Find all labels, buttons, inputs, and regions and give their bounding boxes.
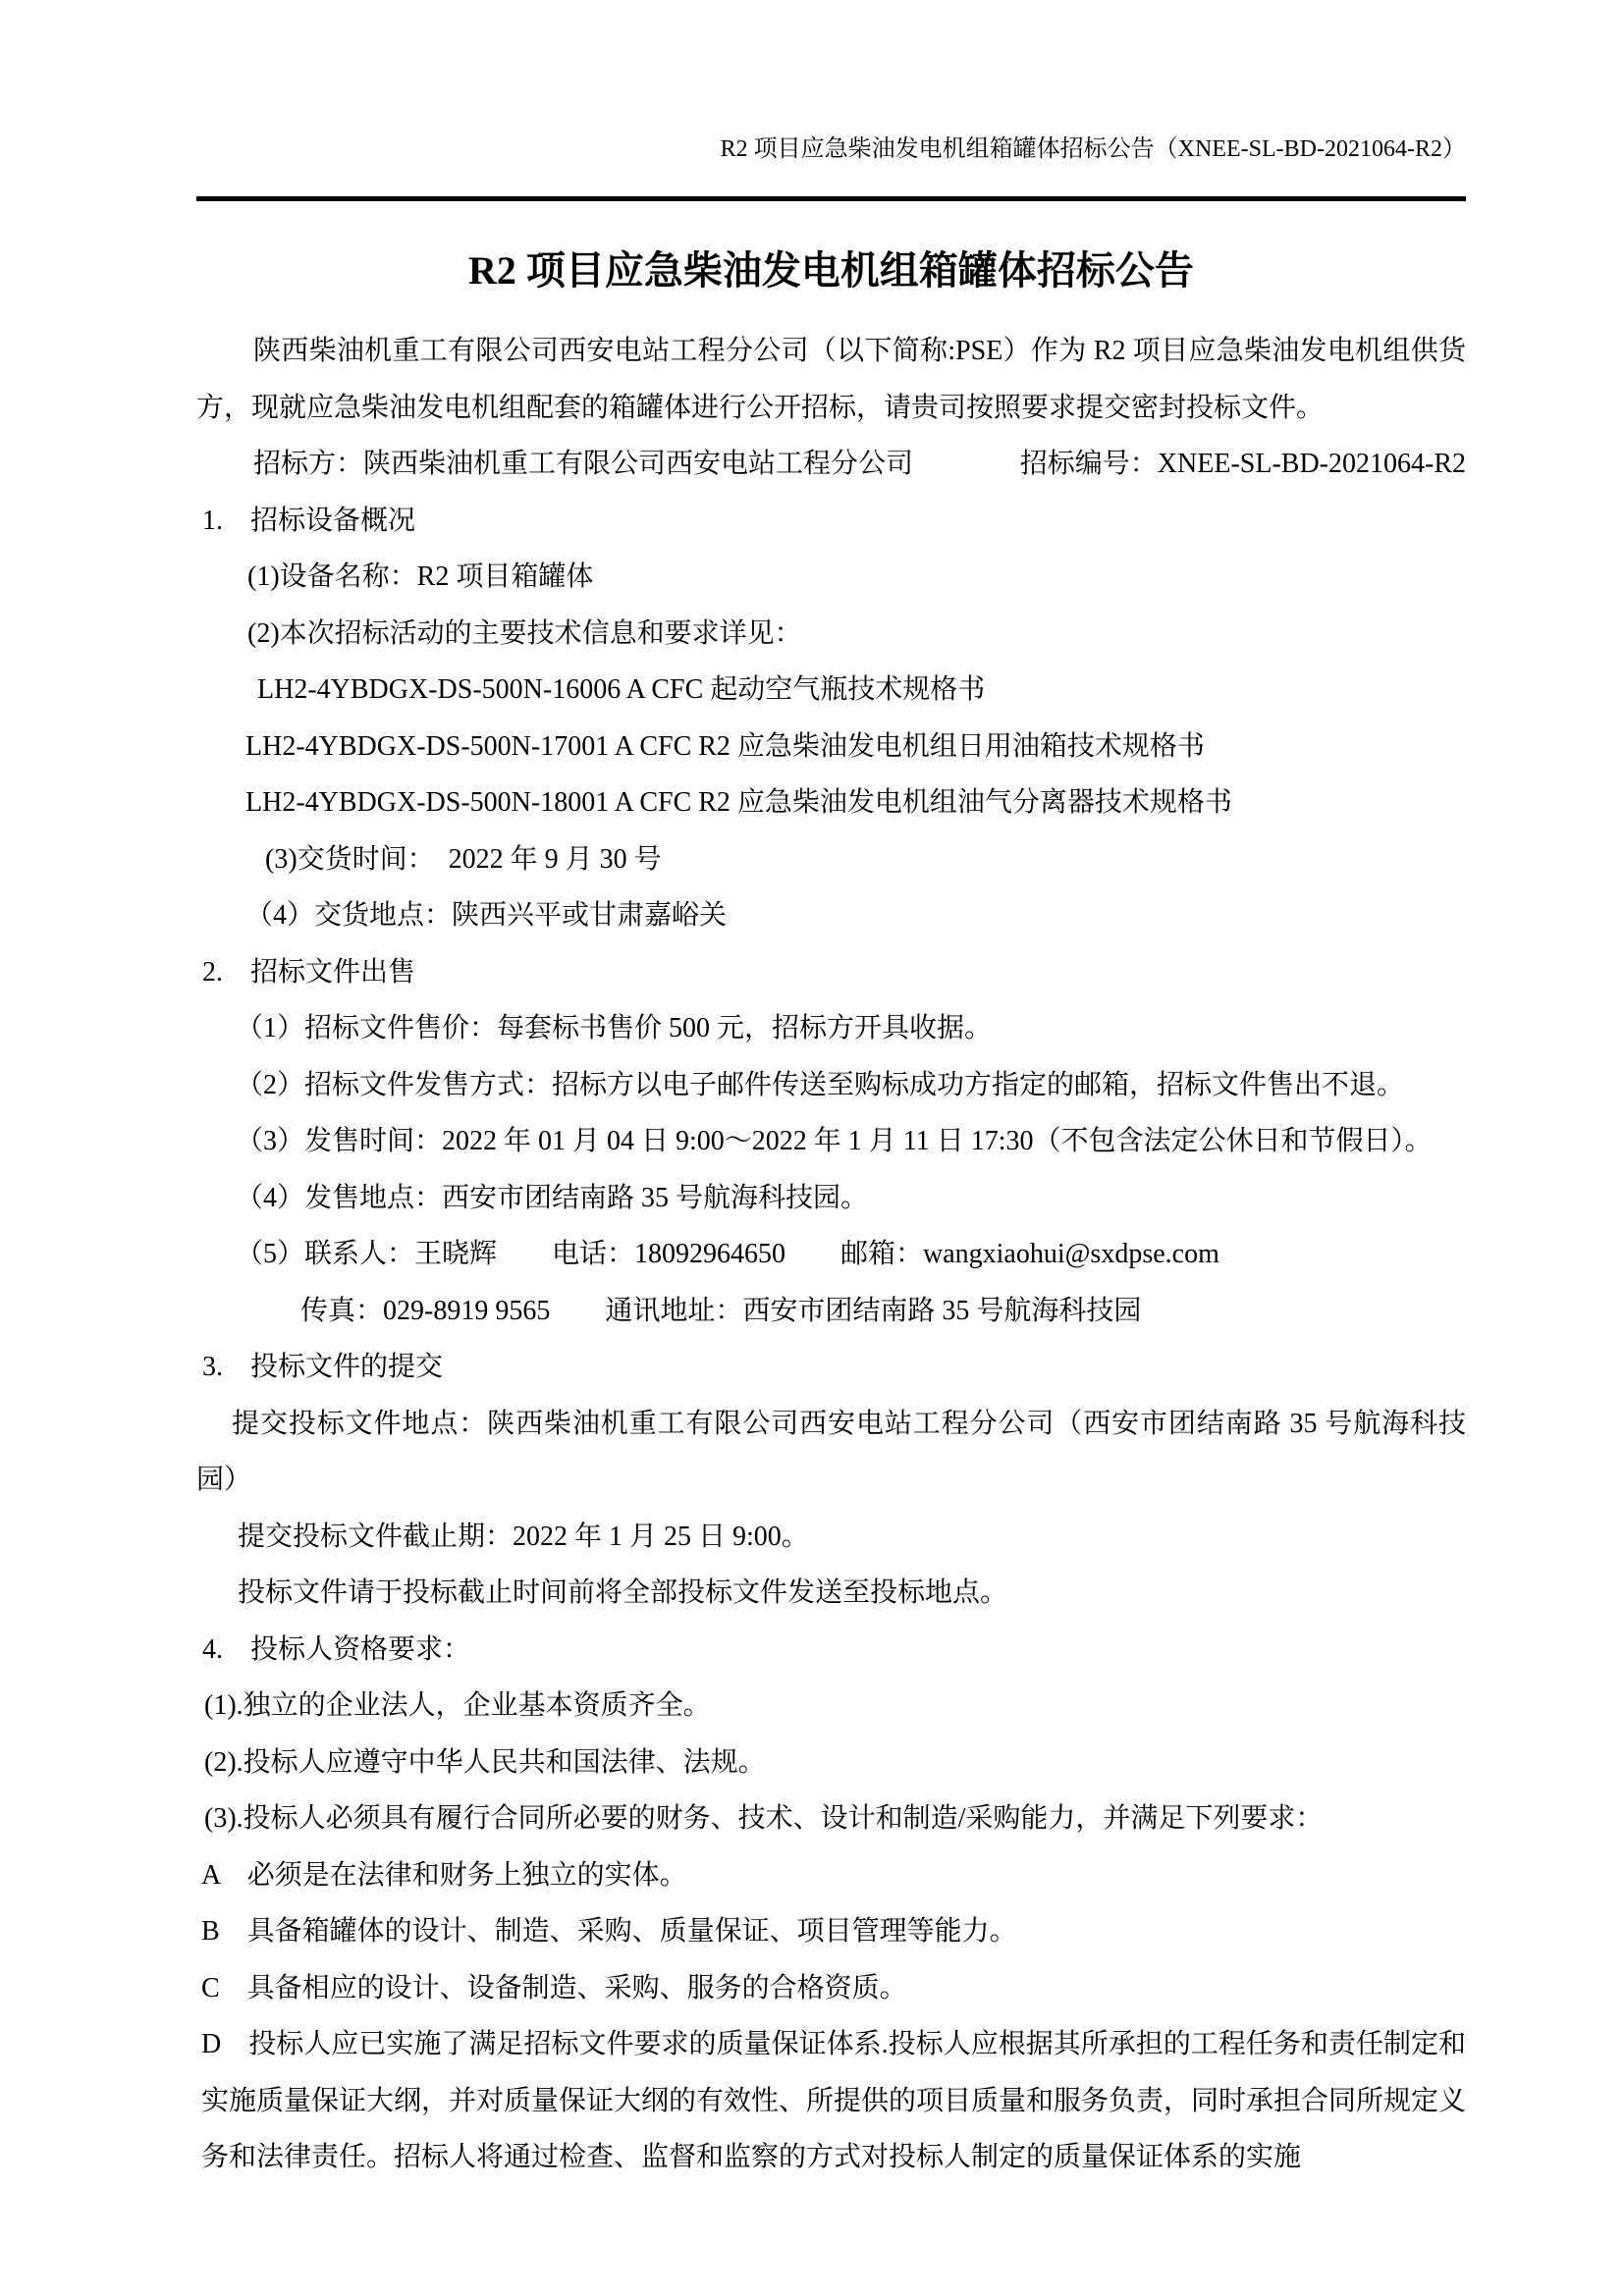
section-4-item-3: (3).投标人必须具有履行合同所必要的财务、技术、设计和制造/采购能力，并满足下…	[196, 1790, 1466, 1847]
section-1-item-2: (2)本次招标活动的主要技术信息和要求详见：	[196, 606, 1466, 663]
section-4-item-C: C 具备相应的设计、设备制造、采购、服务的合格资质。	[196, 1960, 1466, 2017]
section-4-item-A: A 必须是在法律和财务上独立的实体。	[196, 1847, 1466, 1904]
header-title-text: R2 项目应急柴油发电机组箱罐体招标公告（XNEE-SL-BD-2021064-…	[721, 136, 1466, 162]
document-page: R2 项目应急柴油发电机组箱罐体招标公告（XNEE-SL-BD-2021064-…	[0, 0, 1624, 2296]
section-2-item-4: （4）发售地点：西安市团结南路 35 号航海科技园。	[196, 1170, 1466, 1227]
section-4-item-1: (1).独立的企业法人，企业基本资质齐全。	[196, 1678, 1466, 1735]
page-header: R2 项目应急柴油发电机组箱罐体招标公告（XNEE-SL-BD-2021064-…	[196, 0, 1466, 201]
section-3-deadline: 提交投标文件截止期：2022 年 1 月 25 日 9:00。	[196, 1509, 1466, 1566]
tender-number: 招标编号：XNEE-SL-BD-2021064-R2	[1020, 436, 1466, 493]
document-body: 陕西柴油机重工有限公司西安电站工程分公司（以下简称:PSE）作为 R2 项目应急…	[196, 323, 1466, 2186]
section-4-item-2: (2).投标人应遵守中华人民共和国法律、法规。	[196, 1735, 1466, 1791]
section-4-item-D: D 投标人应已实施了满足招标文件要求的质量保证体系.投标人应根据其所承担的工程任…	[196, 2016, 1466, 2186]
document-title: R2 项目应急柴油发电机组箱罐体招标公告	[196, 244, 1466, 297]
section-2-item-2: （2）招标文件发售方式：招标方以电子邮件传送至购标成功方指定的邮箱，招标文件售出…	[196, 1057, 1466, 1114]
section-1-item-4: （4）交货地点：陕西兴平或甘肃嘉峪关	[196, 887, 1466, 944]
spec-line-2: LH2-4YBDGX-DS-500N-17001 A CFC R2 应急柴油发电…	[196, 719, 1466, 775]
section-2-heading: 2. 招标文件出售	[196, 944, 1466, 1001]
page-content: R2 项目应急柴油发电机组箱罐体招标公告（XNEE-SL-BD-2021064-…	[196, 0, 1466, 2186]
section-2-item-1: （1）招标文件售价：每套标书售价 500 元，招标方开具收据。	[196, 1000, 1466, 1057]
section-2-item-5-contact: （5）联系人：王晓辉 电话：18092964650 邮箱：wangxiaohui…	[196, 1226, 1466, 1283]
section-3-send-note: 投标文件请于投标截止时间前将全部投标文件发送至投标地点。	[196, 1565, 1466, 1622]
section-2-fax-line: 传真：029-8919 9565 通讯地址：西安市团结南路 35 号航海科技园	[196, 1283, 1466, 1340]
section-1-heading: 1. 招标设备概况	[196, 493, 1466, 550]
section-4-heading: 4. 投标人资格要求：	[196, 1622, 1466, 1679]
section-1-item-1: (1)设备名称：R2 项目箱罐体	[196, 549, 1466, 606]
intro-paragraph: 陕西柴油机重工有限公司西安电站工程分公司（以下简称:PSE）作为 R2 项目应急…	[196, 323, 1466, 436]
spec-line-3: LH2-4YBDGX-DS-500N-18001 A CFC R2 应急柴油发电…	[196, 774, 1466, 831]
section-3-submit-place: 提交投标文件地点：陕西柴油机重工有限公司西安电站工程分公司（西安市团结南路 35…	[196, 1396, 1466, 1509]
section-2-item-3: （3）发售时间：2022 年 01 月 04 日 9:00～2022 年 1 月…	[196, 1113, 1466, 1170]
tender-info-line: 招标方：陕西柴油机重工有限公司西安电站工程分公司 招标编号：XNEE-SL-BD…	[196, 436, 1466, 493]
tender-party: 招标方：陕西柴油机重工有限公司西安电站工程分公司	[196, 436, 913, 493]
section-3-heading: 3. 投标文件的提交	[196, 1339, 1466, 1396]
spec-line-1: LH2-4YBDGX-DS-500N-16006 A CFC 起动空气瓶技术规格…	[196, 662, 1466, 719]
section-4-item-B: B 具备箱罐体的设计、制造、采购、质量保证、项目管理等能力。	[196, 1903, 1466, 1960]
section-1-item-3: (3)交货时间： 2022 年 9 月 30 号	[196, 831, 1466, 888]
